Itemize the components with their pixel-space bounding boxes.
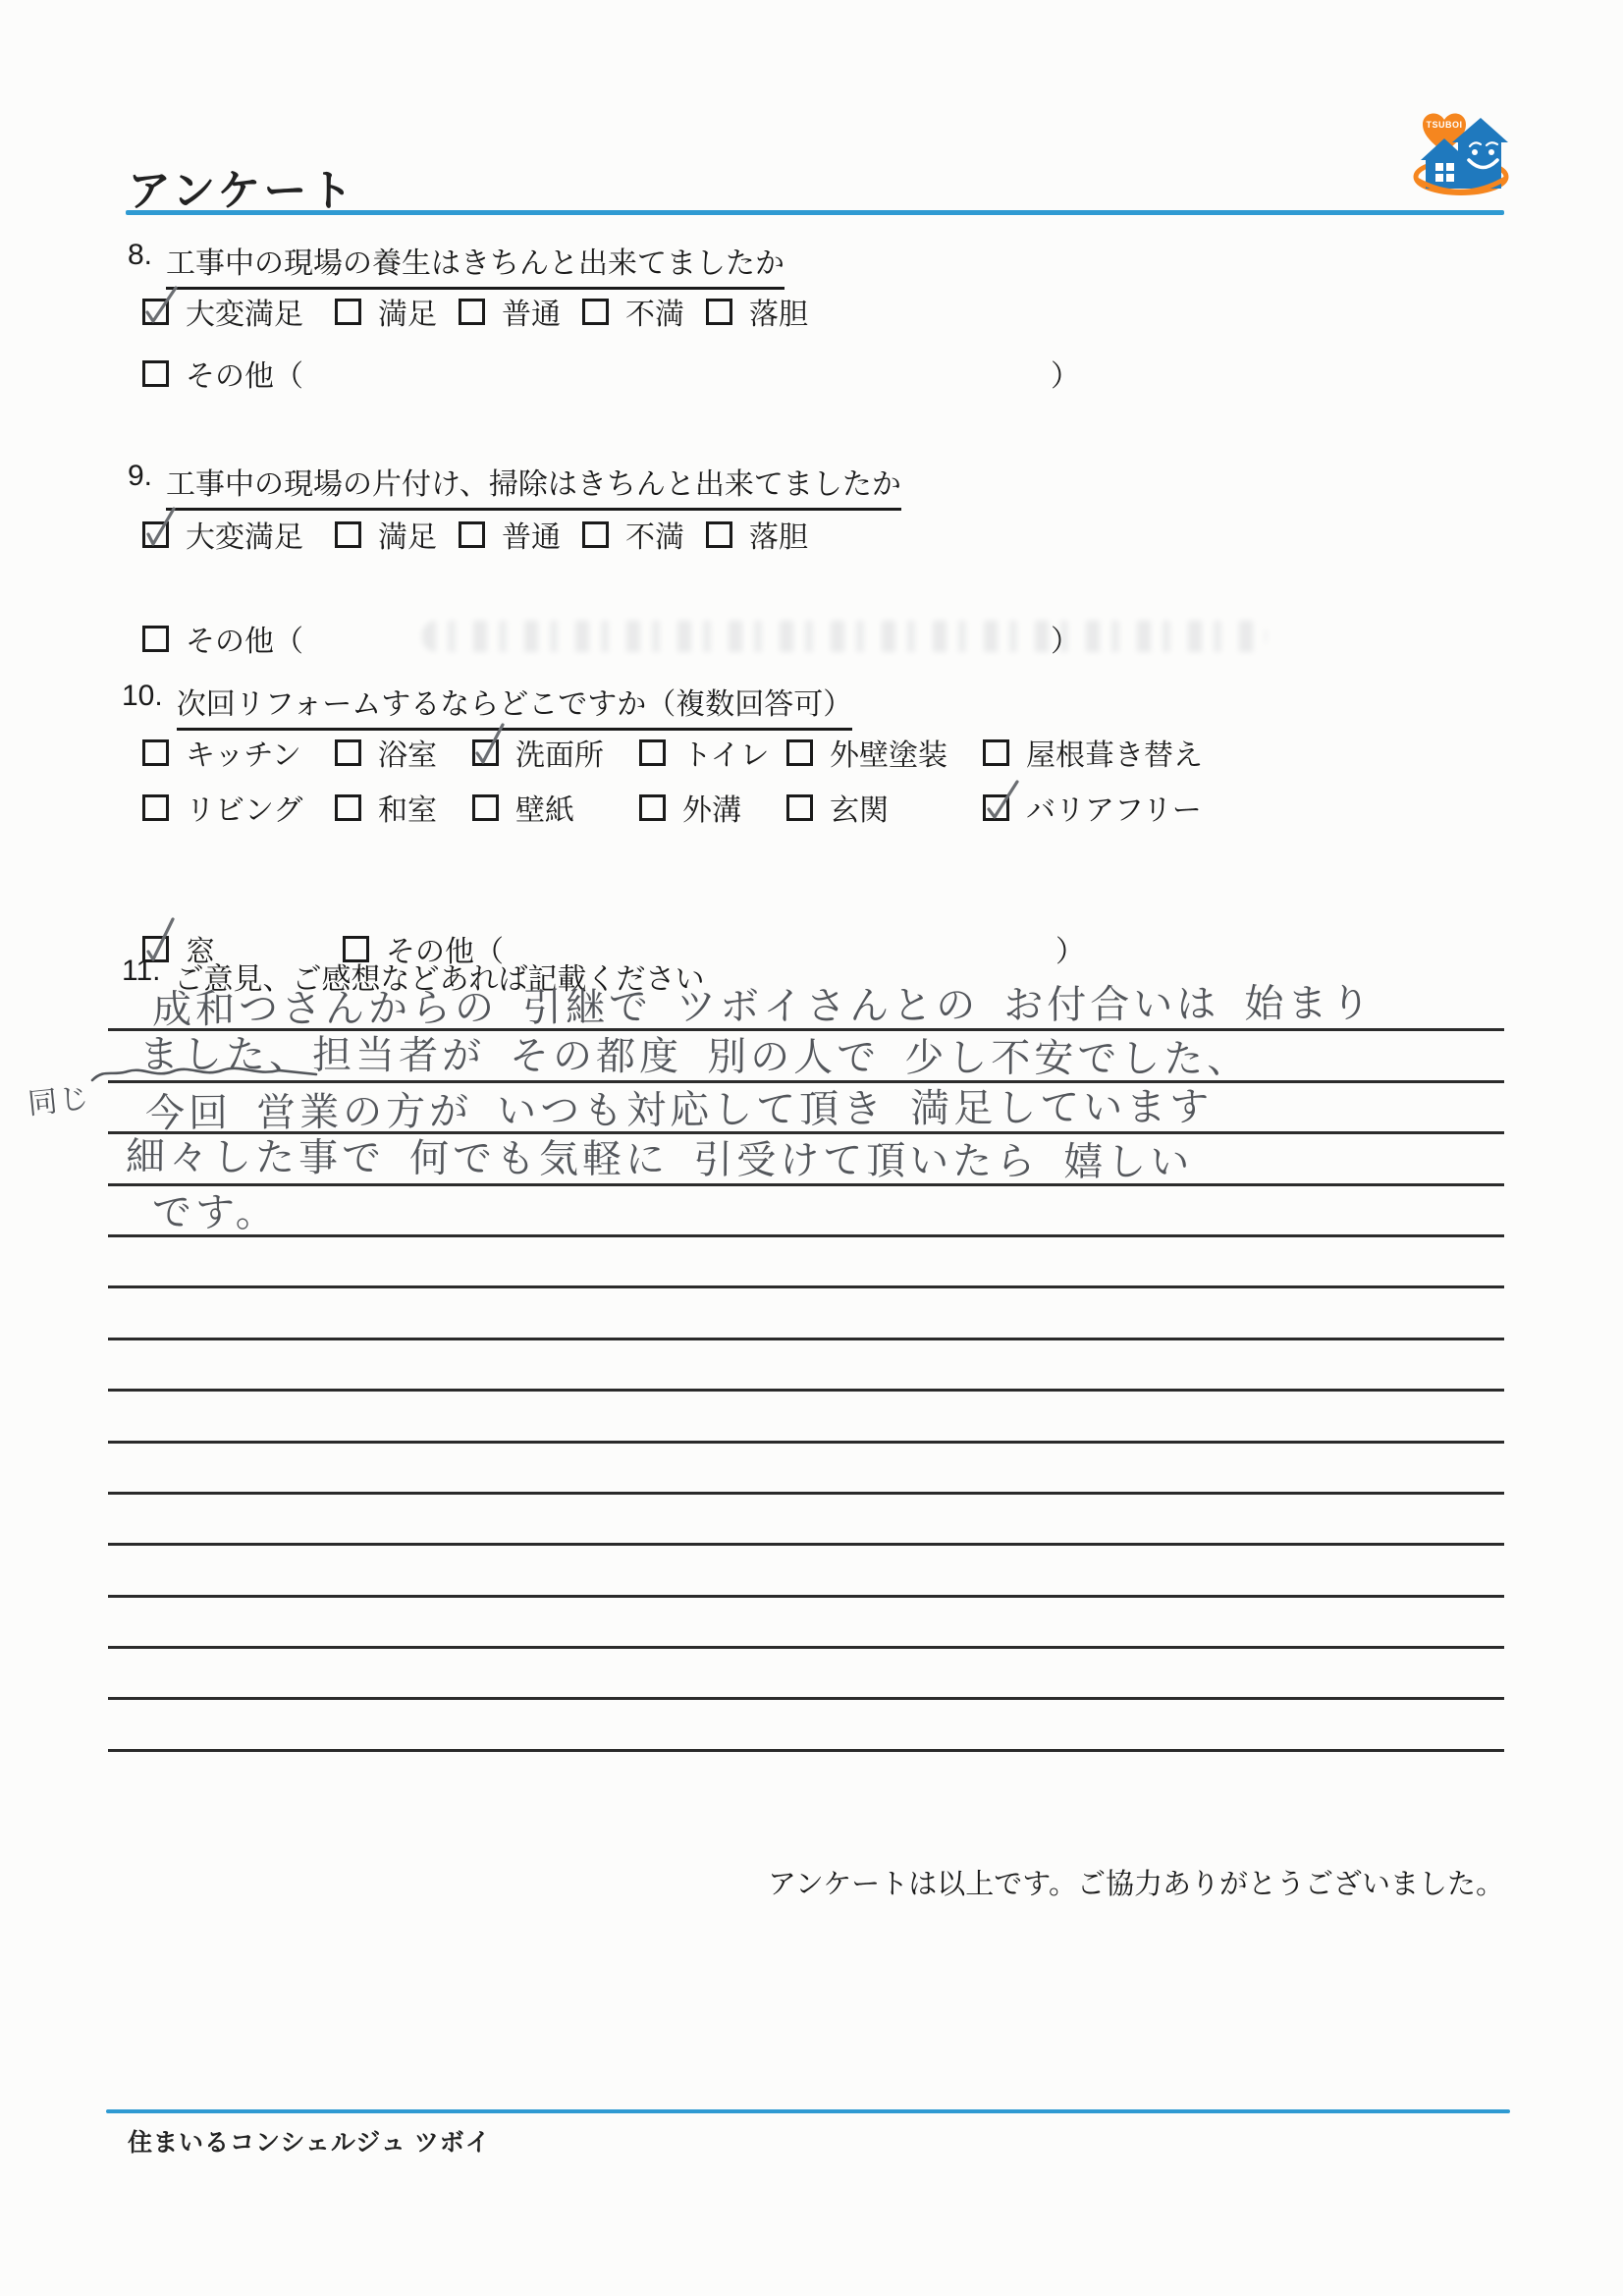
checkbox-q9-futsuu[interactable] bbox=[459, 521, 485, 548]
comment-line bbox=[108, 1700, 1504, 1751]
scan-bleed-artifact bbox=[422, 621, 1267, 652]
checkbox-q10-gaiheki-tosou[interactable] bbox=[786, 739, 813, 766]
checkbox-q10-senmenjo[interactable] bbox=[472, 739, 499, 766]
option-q10-kitchen: キッチン bbox=[142, 731, 335, 774]
comment-line: ました、担当者が その都度 別の人で 少し不安でした、 bbox=[108, 1031, 1504, 1082]
checkbox-q8-rakutan[interactable] bbox=[706, 299, 732, 325]
option-label: 大変満足 bbox=[186, 290, 303, 333]
option-label: 満足 bbox=[378, 290, 437, 333]
checkbox-q8-other[interactable] bbox=[142, 360, 169, 387]
question-8-number: 8. bbox=[128, 239, 152, 290]
option-q10-yane-fukikae: 屋根葺き替え bbox=[983, 731, 1203, 774]
footer-company-name: 住まいるコンシェルジュ ツボイ bbox=[128, 2123, 491, 2159]
question-9-number: 9. bbox=[128, 460, 152, 511]
option-q9-rakutan: 落胆 bbox=[706, 513, 808, 556]
option-q8-rakutan: 落胆 bbox=[706, 290, 808, 333]
option-label: 大変満足 bbox=[186, 513, 303, 556]
handwritten-check-icon bbox=[143, 522, 170, 549]
option-label: 不満 bbox=[625, 513, 684, 556]
option-label: その他（ bbox=[186, 617, 303, 660]
handwritten-comment-line: 細々した事で 何でも気軽に 引受けて頂いたら 嬉しい bbox=[108, 1130, 1504, 1190]
option-q10-toilet: トイレ bbox=[639, 731, 786, 774]
option-q10-gaikou: 外溝 bbox=[639, 786, 786, 829]
comment-line bbox=[108, 1649, 1504, 1700]
option-q10-barrier-free: バリアフリー bbox=[983, 786, 1202, 829]
option-q8-fuman: 不満 bbox=[582, 290, 706, 333]
question-9-text: 工事中の現場の片付け、掃除はきちんと出来てましたか bbox=[166, 460, 901, 511]
footer-divider bbox=[106, 2109, 1510, 2113]
option-label: 普通 bbox=[502, 513, 561, 556]
question-8-text: 工事中の現場の養生はきちんと出来てましたか bbox=[166, 239, 784, 290]
tsuboi-logo-graphic: TSUBOI bbox=[1412, 108, 1510, 198]
comment-line bbox=[108, 1495, 1504, 1546]
tsuboi-logo: TSUBOI bbox=[1412, 108, 1510, 198]
option-q10-senmenjo: 洗面所 bbox=[472, 731, 639, 774]
handwritten-check-icon bbox=[473, 740, 500, 767]
option-label: 外壁塗装 bbox=[830, 731, 947, 774]
other-close-paren: ） bbox=[1051, 352, 1080, 395]
comment-line bbox=[108, 1598, 1504, 1649]
checkbox-q10-yokushitsu[interactable] bbox=[335, 739, 361, 766]
option-label: 浴室 bbox=[378, 731, 437, 774]
option-label: 落胆 bbox=[749, 513, 808, 556]
checkbox-q9-manzoku[interactable] bbox=[335, 521, 361, 548]
option-label: 壁紙 bbox=[515, 786, 574, 829]
comment-line bbox=[108, 1444, 1504, 1495]
checkbox-q9-daihen-manzoku[interactable] bbox=[142, 521, 169, 548]
checkbox-q9-other[interactable] bbox=[142, 626, 169, 652]
comment-line: 今回 営業の方が いつも対応して頂き 満足しています bbox=[108, 1083, 1504, 1134]
comment-line bbox=[108, 1288, 1504, 1339]
option-label: バリアフリー bbox=[1026, 786, 1202, 829]
checkbox-q10-kitchen[interactable] bbox=[142, 739, 169, 766]
comment-line bbox=[108, 1392, 1504, 1443]
question-10-heading: 10. 次回リフォームするならどこですか（複数回答可） bbox=[122, 680, 852, 731]
option-label: トイレ bbox=[682, 731, 770, 774]
handwritten-check-icon bbox=[984, 795, 1010, 822]
question-10-row-2: リビング 和室 壁紙 外溝 玄関 bbox=[142, 786, 1202, 829]
checkbox-q8-futsuu[interactable] bbox=[459, 299, 485, 325]
option-q10-yokushitsu: 浴室 bbox=[335, 731, 472, 774]
checkbox-q8-daihen-manzoku[interactable] bbox=[142, 299, 169, 325]
question-10-text: 次回リフォームするならどこですか（複数回答可） bbox=[177, 680, 853, 731]
question-10-row-1: キッチン 浴室 洗面所 トイレ 外壁塗装 bbox=[142, 731, 1203, 774]
option-q8-manzoku: 満足 bbox=[335, 290, 459, 333]
option-label: 和室 bbox=[378, 786, 437, 829]
question-8-other-row: その他（ ） bbox=[142, 352, 1070, 395]
option-q10-gaiheki-tosou: 外壁塗装 bbox=[786, 731, 983, 774]
option-q10-kabegami: 壁紙 bbox=[472, 786, 639, 829]
checkbox-q10-living[interactable] bbox=[142, 794, 169, 821]
option-label: リビング bbox=[186, 786, 302, 829]
handwritten-comment-line: 成和つさんからの 引継で ツボイさんとの お付合いは 始まり bbox=[108, 976, 1504, 1036]
handwritten-check-icon bbox=[143, 300, 170, 326]
header-divider bbox=[126, 210, 1504, 215]
option-label: 洗面所 bbox=[515, 731, 604, 774]
checkbox-q10-gaikou[interactable] bbox=[639, 794, 666, 821]
option-label: 落胆 bbox=[749, 290, 808, 333]
question-9-options: 大変満足 満足 普通 不満 落胆 bbox=[142, 513, 808, 556]
option-label: 普通 bbox=[502, 290, 561, 333]
page-title: アンケート bbox=[128, 155, 355, 218]
checkbox-q10-genkan[interactable] bbox=[786, 794, 813, 821]
option-q9-futsuu: 普通 bbox=[459, 513, 582, 556]
checkbox-q10-yane-fukikae[interactable] bbox=[983, 739, 1009, 766]
option-q10-living: リビング bbox=[142, 786, 335, 829]
closing-statement: アンケートは以上です。ご協力ありがとうございました。 bbox=[0, 1862, 1504, 1902]
option-q10-washitsu: 和室 bbox=[335, 786, 472, 829]
checkbox-q10-barrier-free[interactable] bbox=[983, 794, 1009, 821]
handwritten-comment-line: ました、担当者が その都度 別の人で 少し不安でした、 bbox=[108, 1028, 1504, 1087]
option-label: キッチン bbox=[186, 731, 301, 774]
question-10-number: 10. bbox=[122, 680, 163, 731]
checkbox-q9-fuman[interactable] bbox=[582, 521, 609, 548]
option-q9-manzoku: 満足 bbox=[335, 513, 459, 556]
option-label: その他（ bbox=[186, 352, 303, 395]
question-9-heading: 9. 工事中の現場の片付け、掃除はきちんと出来てましたか bbox=[128, 460, 901, 511]
option-label: 屋根葺き替え bbox=[1026, 731, 1203, 774]
comment-line: 細々した事で 何でも気軽に 引受けて頂いたら 嬉しい bbox=[108, 1134, 1504, 1185]
checkbox-q9-rakutan[interactable] bbox=[706, 521, 732, 548]
handwritten-comment-line: です。 bbox=[108, 1186, 1504, 1239]
comment-line bbox=[108, 1237, 1504, 1288]
questionnaire-page: TSUBOI アンケート 8. 工事中の現場の養生はきちんと出来てましたか 大変… bbox=[0, 0, 1623, 2296]
option-label: 玄関 bbox=[830, 786, 889, 829]
question-8-options: 大変満足 満足 普通 不満 落胆 bbox=[142, 290, 808, 333]
option-label: 不満 bbox=[625, 290, 684, 333]
option-label: 満足 bbox=[378, 513, 437, 556]
option-q9-daihen-manzoku: 大変満足 bbox=[142, 513, 335, 556]
logo-heart-text: TSUBOI bbox=[1426, 120, 1462, 130]
question-8-heading: 8. 工事中の現場の養生はきちんと出来てましたか bbox=[128, 239, 784, 290]
option-label: 外溝 bbox=[682, 786, 741, 829]
comment-line bbox=[108, 1546, 1504, 1597]
option-q10-genkan: 玄関 bbox=[786, 786, 983, 829]
checkbox-q10-washitsu[interactable] bbox=[335, 794, 361, 821]
comment-line: です。 bbox=[108, 1186, 1504, 1237]
checkbox-q8-fuman[interactable] bbox=[582, 299, 609, 325]
comment-line bbox=[108, 1340, 1504, 1392]
checkbox-q8-manzoku[interactable] bbox=[335, 299, 361, 325]
checkbox-q10-toilet[interactable] bbox=[639, 739, 666, 766]
other-close-paren: ） bbox=[1055, 927, 1085, 970]
option-q9-fuman: 不満 bbox=[582, 513, 706, 556]
option-q8-futsuu: 普通 bbox=[459, 290, 582, 333]
option-q8-daihen-manzoku: 大変満足 bbox=[142, 290, 335, 333]
checkbox-q10-kabegami[interactable] bbox=[472, 794, 499, 821]
comment-area[interactable]: 成和つさんからの 引継で ツボイさんとの お付合いは 始まり ました、担当者が … bbox=[108, 980, 1504, 1752]
margin-note-onaji: 同じ bbox=[26, 1073, 92, 1122]
comment-line: 成和つさんからの 引継で ツボイさんとの お付合いは 始まり bbox=[108, 980, 1504, 1031]
